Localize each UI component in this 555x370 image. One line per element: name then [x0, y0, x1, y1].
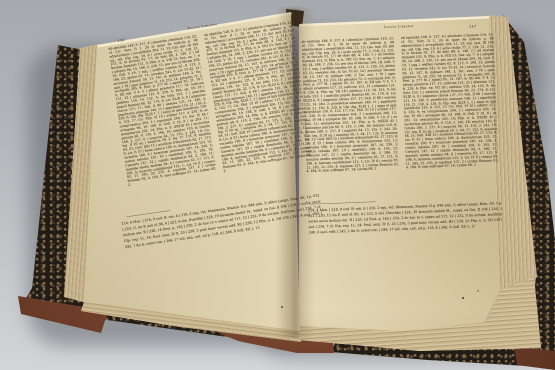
right-running-title: Indices Librorvm	[357, 23, 441, 30]
right-footnote-block: 214, 4 Men. | 216, 9 cod. B: om. A | 218…	[308, 201, 505, 292]
left-page-number: 116	[117, 38, 125, 43]
right-page-number: 117	[469, 25, 476, 29]
right-page-text: Indices Librorvm 117 ab epistulis 148, 9…	[299, 13, 508, 320]
right-page-ink-speck	[462, 297, 464, 299]
left-page-ink-speck	[281, 306, 283, 308]
gutter-shadow	[276, 8, 314, 338]
right-page-column-1: ab epistulis 148, 9. 217, 4 | absolutio …	[301, 37, 399, 198]
book-photo-scene: 116 Indices Librorvm ab epistulis 148, 9…	[0, 0, 555, 370]
right-page-columns: ab epistulis 148, 9. 217, 4 | absolutio …	[301, 33, 499, 198]
left-page-column-1: ab epistulis 148, 9. 217, 4 | absolutio …	[108, 35, 220, 212]
right-page-column-2: ab epistulis 148, 9. 217, 4 | absolutio …	[401, 33, 499, 194]
right-footnote-rule	[310, 201, 376, 204]
signature-mark: *	[477, 290, 479, 294]
